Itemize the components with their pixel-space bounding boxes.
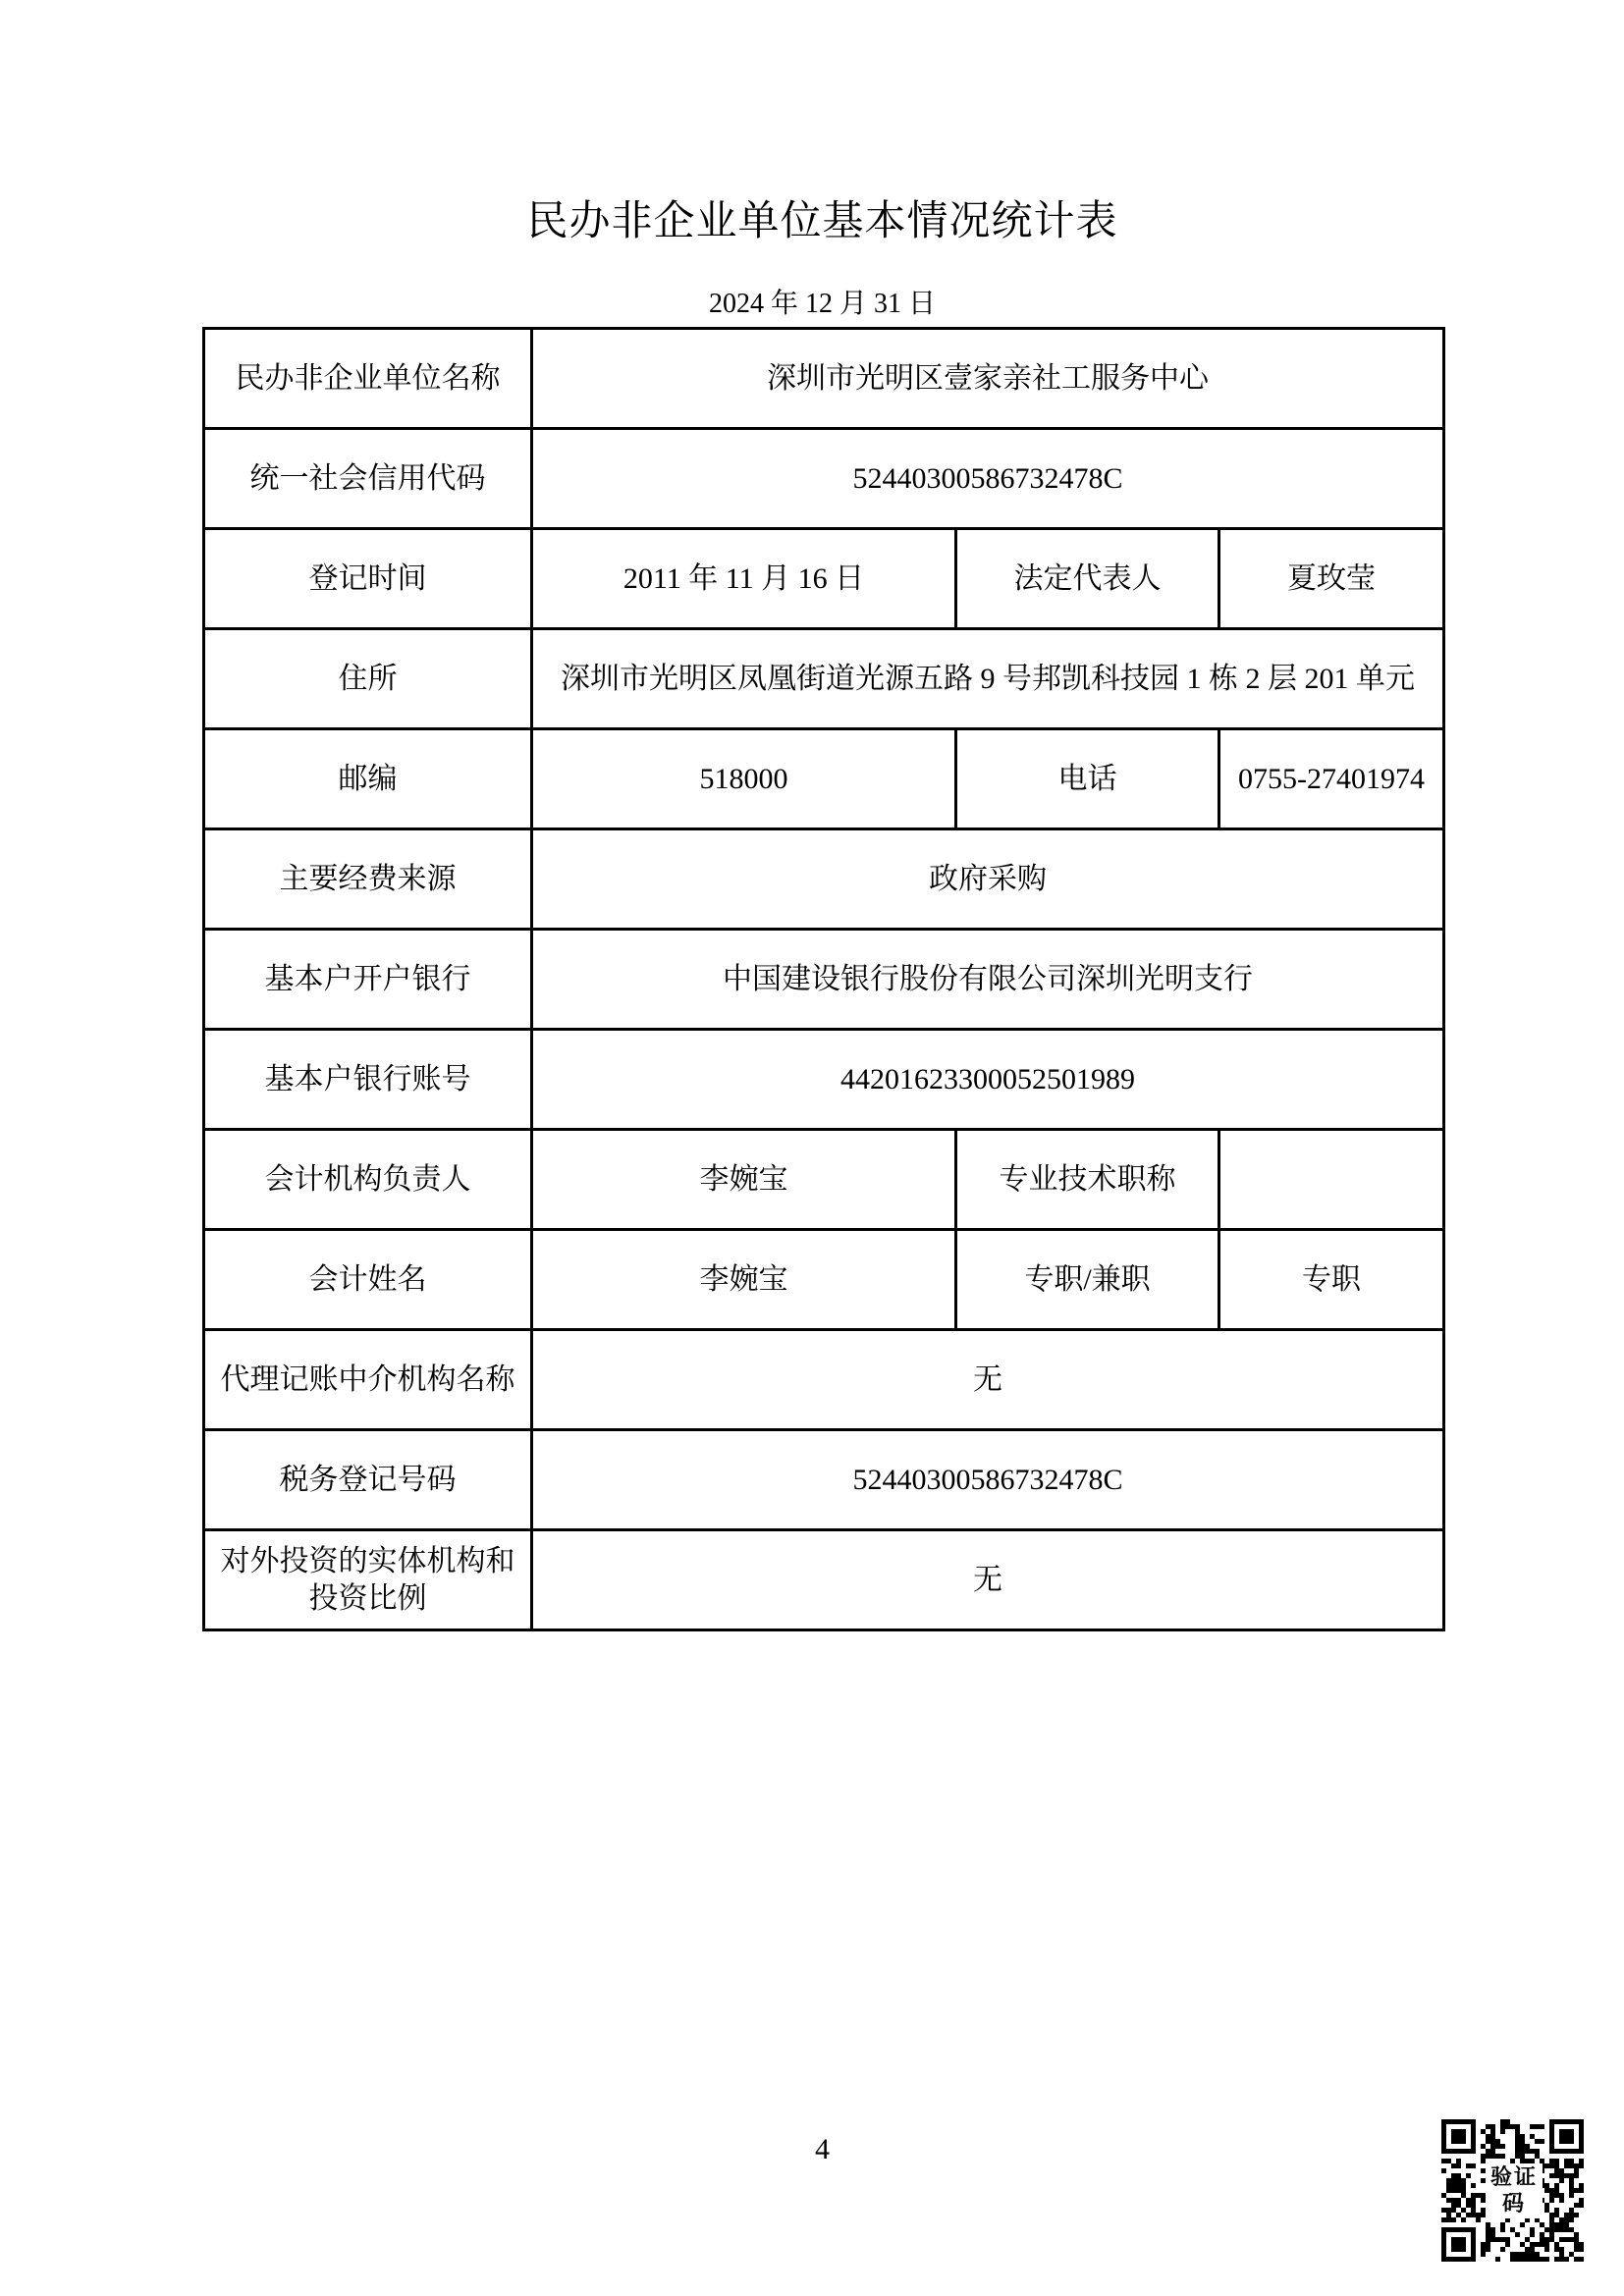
cell-value: 李婉宝 bbox=[532, 1130, 956, 1230]
cell-label: 住所 bbox=[204, 629, 532, 729]
cell-label: 统一社会信用代码 bbox=[204, 429, 532, 529]
cell-value: 深圳市光明区凤凰街道光源五路 9 号邦凯科技园 1 栋 2 层 201 单元 bbox=[532, 629, 1444, 729]
qr-label-line: 码 bbox=[1486, 2190, 1543, 2216]
cell-value: 李婉宝 bbox=[532, 1230, 956, 1330]
cell-label: 对外投资的实体机构和 投资比例 bbox=[204, 1530, 532, 1630]
document-content: 民办非企业单位基本情况统计表 2024 年 12 月 31 日 民办非企业单位名… bbox=[202, 0, 1442, 1631]
cell-label: 主要经费来源 bbox=[204, 829, 532, 930]
cell-label: 专职/兼职 bbox=[956, 1230, 1219, 1330]
table-row: 会计姓名 李婉宝 专职/兼职 专职 bbox=[204, 1230, 1444, 1330]
cell-label: 代理记账中介机构名称 bbox=[204, 1330, 532, 1430]
table-row: 民办非企业单位名称 深圳市光明区壹家亲社工服务中心 bbox=[204, 329, 1444, 429]
cell-label: 税务登记号码 bbox=[204, 1430, 532, 1530]
document-page: { "header": { "title": "民办非企业单位基本情况统计表",… bbox=[0, 0, 1624, 2296]
cell-value: 44201623300052501989 bbox=[532, 1030, 1444, 1130]
report-date: 2024 年 12 月 31 日 bbox=[202, 285, 1442, 324]
cell-value: 无 bbox=[532, 1330, 1444, 1430]
cell-value: 0755-27401974 bbox=[1219, 729, 1444, 829]
cell-label-line: 投资比例 bbox=[211, 1580, 524, 1618]
cell-label: 登记时间 bbox=[204, 529, 532, 629]
cell-label: 会计姓名 bbox=[204, 1230, 532, 1330]
table-row: 基本户银行账号 44201623300052501989 bbox=[204, 1030, 1444, 1130]
table-row: 代理记账中介机构名称 无 bbox=[204, 1330, 1444, 1430]
cell-label: 法定代表人 bbox=[956, 529, 1219, 629]
page-title: 民办非企业单位基本情况统计表 bbox=[202, 0, 1442, 249]
table-row: 基本户开户银行 中国建设银行股份有限公司深圳光明支行 bbox=[204, 930, 1444, 1030]
table-row: 住所 深圳市光明区凤凰街道光源五路 9 号邦凯科技园 1 栋 2 层 201 单… bbox=[204, 629, 1444, 729]
cell-value: 政府采购 bbox=[532, 829, 1444, 930]
cell-value: 中国建设银行股份有限公司深圳光明支行 bbox=[532, 930, 1444, 1030]
cell-value: 深圳市光明区壹家亲社工服务中心 bbox=[532, 329, 1444, 429]
cell-label: 基本户银行账号 bbox=[204, 1030, 532, 1130]
cell-value: 52440300586732478C bbox=[532, 429, 1444, 529]
table-row: 会计机构负责人 李婉宝 专业技术职称 bbox=[204, 1130, 1444, 1230]
table-row: 登记时间 2011 年 11 月 16 日 法定代表人 夏玫莹 bbox=[204, 529, 1444, 629]
cell-value: 518000 bbox=[532, 729, 956, 829]
cell-label: 电话 bbox=[956, 729, 1219, 829]
qr-label-line: 验证 bbox=[1486, 2163, 1543, 2190]
cell-value: 52440300586732478C bbox=[532, 1430, 1444, 1530]
table-row: 对外投资的实体机构和 投资比例 无 bbox=[204, 1530, 1444, 1630]
cell-label: 基本户开户银行 bbox=[204, 930, 532, 1030]
cell-value: 夏玫莹 bbox=[1219, 529, 1444, 629]
table-row: 统一社会信用代码 52440300586732478C bbox=[204, 429, 1444, 529]
basic-info-table: 民办非企业单位名称 深圳市光明区壹家亲社工服务中心 统一社会信用代码 52440… bbox=[202, 327, 1445, 1631]
cell-value: 无 bbox=[532, 1530, 1444, 1630]
cell-label: 民办非企业单位名称 bbox=[204, 329, 532, 429]
cell-label: 会计机构负责人 bbox=[204, 1130, 532, 1230]
qr-code-label: 验证 码 bbox=[1486, 2163, 1543, 2218]
table-row: 邮编 518000 电话 0755-27401974 bbox=[204, 729, 1444, 829]
cell-label-line: 对外投资的实体机构和 bbox=[211, 1543, 524, 1580]
cell-value bbox=[1219, 1130, 1444, 1230]
cell-label: 专业技术职称 bbox=[956, 1130, 1219, 1230]
table-row: 税务登记号码 52440300586732478C bbox=[204, 1430, 1444, 1530]
page-number: 4 bbox=[202, 2132, 1442, 2167]
table-row: 主要经费来源 政府采购 bbox=[204, 829, 1444, 930]
cell-value: 2011 年 11 月 16 日 bbox=[532, 529, 956, 629]
cell-value: 专职 bbox=[1219, 1230, 1444, 1330]
qr-code: 验证 码 bbox=[1441, 2119, 1584, 2262]
cell-label: 邮编 bbox=[204, 729, 532, 829]
